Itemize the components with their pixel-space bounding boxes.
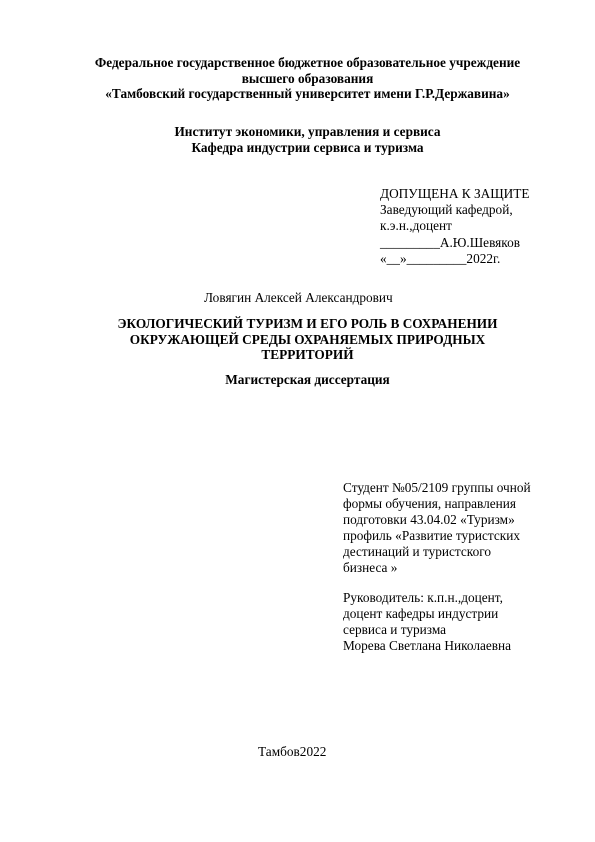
student-info-line: дестинаций и туристского (343, 544, 531, 560)
organization-line: Федеральное государственное бюджетное об… (60, 55, 555, 71)
student-info-line: Студент №05/2109 группы очной (343, 480, 531, 496)
institute-header: Институт экономики, управления и сервиса… (60, 124, 555, 155)
thesis-title-line: ОКРУЖАЮЩЕЙ СРЕДЫ ОХРАНЯЕМЫХ ПРИРОДНЫХ (60, 332, 555, 348)
approval-line: _________А.Ю.Шевяков (380, 235, 529, 251)
supervisor-block: Руководитель: к.п.н.,доцент, доцент кафе… (343, 590, 511, 654)
department-name: Кафедра индустрии сервиса и туризма (60, 140, 555, 156)
approval-line: «__»_________2022г. (380, 251, 529, 267)
document-page: Федеральное государственное бюджетное об… (0, 0, 595, 842)
thesis-title: ЭКОЛОГИЧЕСКИЙ ТУРИЗМ И ЕГО РОЛЬ В СОХРАН… (60, 316, 555, 363)
organization-header: Федеральное государственное бюджетное об… (60, 55, 555, 102)
thesis-title-line: ЭКОЛОГИЧЕСКИЙ ТУРИЗМ И ЕГО РОЛЬ В СОХРАН… (60, 316, 555, 332)
author-name: Ловягин Алексей Александрович (204, 290, 393, 306)
student-info-block: Студент №05/2109 группы очной формы обуч… (343, 480, 531, 575)
city-year: Тамбов2022 (258, 744, 326, 760)
approval-line: ДОПУЩЕНА К ЗАЩИТЕ (380, 186, 529, 202)
student-info-line: формы обучения, направления (343, 496, 531, 512)
student-info-line: подготовки 43.04.02 «Туризм» (343, 512, 531, 528)
student-info-line: профиль «Развитие туристских (343, 528, 531, 544)
institute-name: Институт экономики, управления и сервиса (60, 124, 555, 140)
supervisor-line: Руководитель: к.п.н.,доцент, (343, 590, 511, 606)
supervisor-line: Морева Светлана Николаевна (343, 638, 511, 654)
organization-line: высшего образования (60, 71, 555, 87)
student-info-line: бизнеса » (343, 560, 531, 576)
organization-line: «Тамбовский государственный университет … (60, 86, 555, 102)
supervisor-line: доцент кафедры индустрии (343, 606, 511, 622)
approval-line: к.э.н.,доцент (380, 218, 529, 234)
thesis-type: Магистерская диссертация (60, 372, 555, 388)
approval-block: ДОПУЩЕНА К ЗАЩИТЕ Заведующий кафедрой, к… (380, 186, 529, 267)
supervisor-line: сервиса и туризма (343, 622, 511, 638)
approval-line: Заведующий кафедрой, (380, 202, 529, 218)
thesis-title-line: ТЕРРИТОРИЙ (60, 347, 555, 363)
